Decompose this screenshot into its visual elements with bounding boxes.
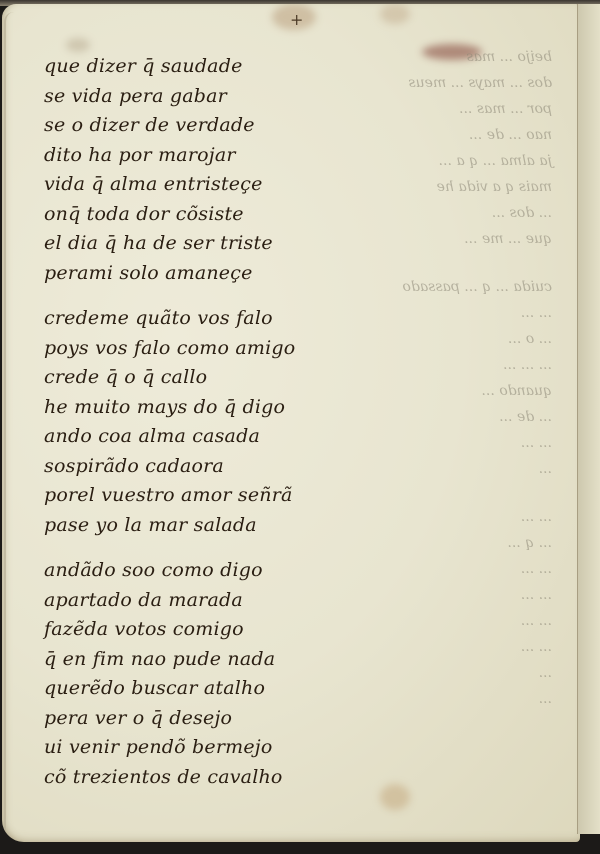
bleed-group: beijo ... mas dos ... mays ... meus por …	[332, 44, 552, 252]
stanza-2: credeme quãto vos falo poys vos falo com…	[44, 304, 364, 540]
bleed-line: ... ...	[332, 634, 552, 660]
bleed-line: beijo ... mas	[332, 44, 552, 70]
verse-line: querẽdo buscar atalho	[44, 674, 364, 704]
bleed-line: ... ...	[332, 556, 552, 582]
verse-line: porel vuestro amor señrã	[44, 481, 364, 511]
verse-line: fazẽda votos comigo	[44, 615, 364, 645]
bleed-line: ... ... ...	[332, 352, 552, 378]
bleed-line: quando ...	[332, 378, 552, 404]
stain-top-left	[66, 38, 90, 52]
bleed-line: ... q ...	[332, 530, 552, 556]
bleed-line: por ... mas ...	[332, 96, 552, 122]
stanza-1: que dizer q̄ saudade se vida pera gabar …	[44, 52, 364, 288]
verse-line: apartado da marada	[44, 586, 364, 616]
adjacent-page-edge	[577, 4, 600, 834]
bleed-line: mais q a vida he	[332, 174, 552, 200]
verse-line: el dia q̄ ha de ser triste	[44, 229, 364, 259]
bleed-through-text: beijo ... mas dos ... mays ... meus por …	[332, 44, 552, 734]
bleed-line: ... o ...	[332, 326, 552, 352]
page-edge	[4, 12, 14, 838]
ink-stain-top-right	[380, 4, 410, 24]
verse-line: poys vos falo como amigo	[44, 334, 364, 364]
stain-bottom	[380, 784, 410, 810]
bleed-line: ... dos ...	[332, 200, 552, 226]
bleed-line: ... ...	[332, 430, 552, 456]
bleed-line: dos ... mays ... meus	[332, 70, 552, 96]
bleed-line: cuida ... q ... passado	[332, 274, 552, 300]
bleed-line: ...	[332, 686, 552, 712]
verse-line: andãdo soo como digo	[44, 556, 364, 586]
verse-line: credeme quãto vos falo	[44, 304, 364, 334]
verse-line: perami solo amaneçe	[44, 259, 364, 289]
bleed-line: ... de ...	[332, 404, 552, 430]
stanza-3: andãdo soo como digo apartado da marada …	[44, 556, 364, 792]
verse-line: se o dizer de verdade	[44, 111, 364, 141]
verse-line: se vida pera gabar	[44, 82, 364, 112]
bleed-line: ... ...	[332, 504, 552, 530]
verse-line: cõ trezientos de cavalho	[44, 763, 364, 793]
bleed-group: cuida ... q ... passado ... ... ... o ..…	[332, 274, 552, 482]
verse-line: crede q̄ o q̄ callo	[44, 363, 364, 393]
bleed-line: ja alma ... q a ...	[332, 148, 552, 174]
verse-line: q̄ en fim nao pude nada	[44, 645, 364, 675]
bleed-line: ... ...	[332, 582, 552, 608]
verse-text: que dizer q̄ saudade se vida pera gabar …	[44, 52, 364, 808]
verse-line: he muito mays do q̄ digo	[44, 393, 364, 423]
verse-line: vida q̄ alma entristeçe	[44, 170, 364, 200]
bleed-line: ...	[332, 660, 552, 686]
verse-line: pase yo la mar salada	[44, 511, 364, 541]
bleed-line: ...	[332, 456, 552, 482]
verse-line: que dizer q̄ saudade	[44, 52, 364, 82]
bleed-group: ... ... ... q ... ... ... ... ... ... ..…	[332, 504, 552, 712]
bleed-line: que ... me ...	[332, 226, 552, 252]
verse-line: onq̄ toda dor cõsiste	[44, 200, 364, 230]
bleed-line: nao ... de ...	[332, 122, 552, 148]
verse-line: dito ha por marojar	[44, 141, 364, 171]
verse-line: sospirãdo cadaora	[44, 452, 364, 482]
bleed-line: ... ...	[332, 608, 552, 634]
folio-mark: +	[290, 10, 303, 29]
manuscript-page: + beijo ... mas dos ... mays ... meus po…	[2, 4, 580, 842]
verse-line: ando coa alma casada	[44, 422, 364, 452]
verse-line: ui venir pendõ bermejo	[44, 733, 364, 763]
verse-line: pera ver o q̄ desejo	[44, 704, 364, 734]
bleed-line: ... ...	[332, 300, 552, 326]
